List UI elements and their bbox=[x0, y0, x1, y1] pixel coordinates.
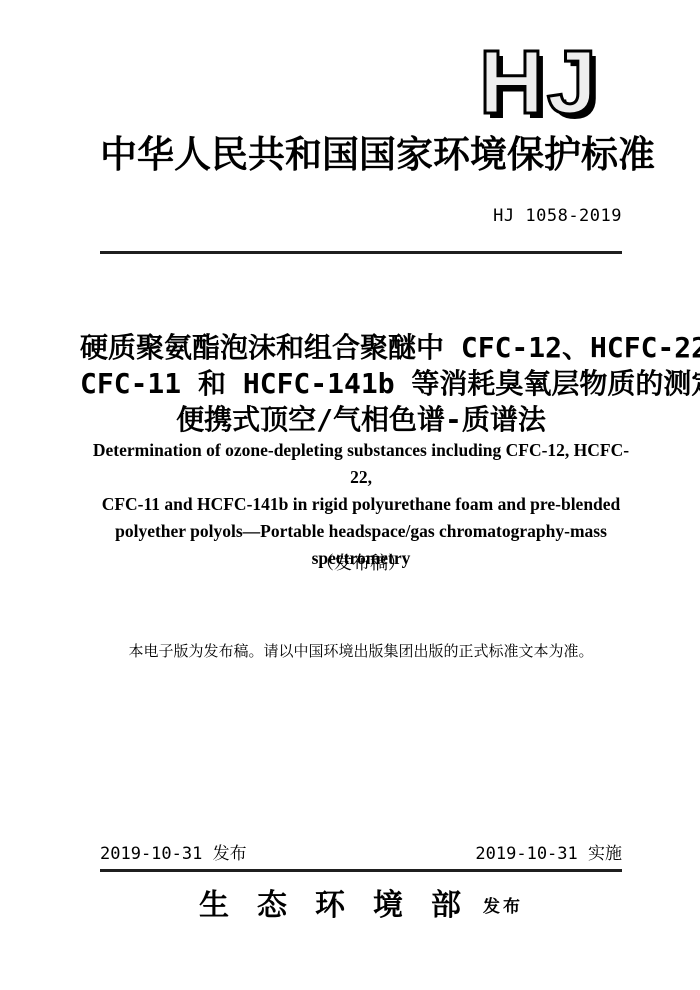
chinese-title-line-3: 便携式顶空/气相色谱-质谱法 bbox=[80, 402, 642, 438]
implement-date: 2019-10-31 实施 bbox=[475, 843, 622, 865]
draft-version-label: （发布稿） bbox=[100, 551, 622, 575]
ministry-name: 生态环境部 bbox=[199, 889, 489, 922]
hj-emblem: HJ bbox=[479, 38, 600, 128]
standard-cover-page: HJ 中华人民共和国国家环境保护标准 HJ 1058-2019 硬质聚氨酯泡沫和… bbox=[0, 0, 700, 990]
publish-label: 发布 bbox=[483, 897, 523, 916]
english-title-line-3: polyether polyols—Portable headspace/gas… bbox=[90, 518, 632, 545]
english-title-line-1: Determination of ozone-depleting substan… bbox=[90, 437, 632, 491]
chinese-title-line-1: 硬质聚氨酯泡沫和组合聚醚中 CFC-12、HCFC-22、 bbox=[80, 330, 642, 366]
standard-number: HJ 1058-2019 bbox=[493, 206, 622, 226]
footer-dates: 2019-10-31 发布 2019-10-31 实施 bbox=[100, 843, 622, 865]
bottom-divider-rule bbox=[100, 869, 622, 872]
chinese-title-line-2: CFC-11 和 HCFC-141b 等消耗臭氧层物质的测定 bbox=[80, 366, 642, 402]
national-standard-banner: 中华人民共和国国家环境保护标准 bbox=[100, 134, 628, 178]
top-divider-rule bbox=[100, 251, 622, 254]
english-title-line-2: CFC-11 and HCFC-141b in rigid polyuretha… bbox=[90, 491, 632, 518]
issue-date: 2019-10-31 发布 bbox=[100, 843, 247, 865]
electronic-version-notice: 本电子版为发布稿。请以中国环境出版集团出版的正式标准文本为准。 bbox=[100, 641, 622, 663]
chinese-title: 硬质聚氨酯泡沫和组合聚醚中 CFC-12、HCFC-22、 CFC-11 和 H… bbox=[80, 330, 642, 438]
publisher-row: 生态环境部发布 bbox=[100, 886, 622, 931]
